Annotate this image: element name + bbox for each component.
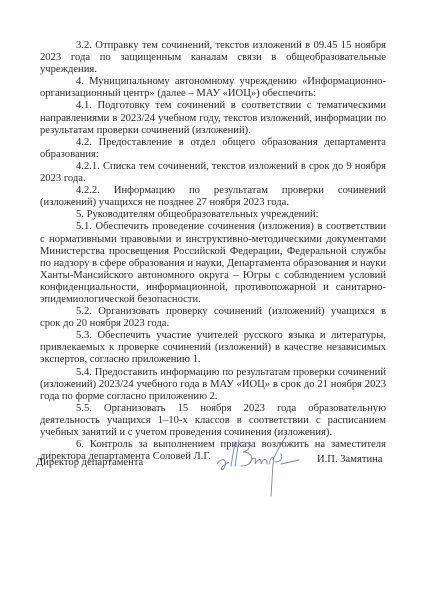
signatory-title: Директор департамента [36, 457, 143, 468]
signature-block: Директор департамента И.П. Замятина [0, 0, 424, 599]
signatory-name: И.П. Замятина [317, 454, 383, 465]
document-page: 3.2. Отправку тем сочинений, текстов изл… [0, 0, 424, 599]
handwritten-signature-icon [215, 436, 305, 506]
